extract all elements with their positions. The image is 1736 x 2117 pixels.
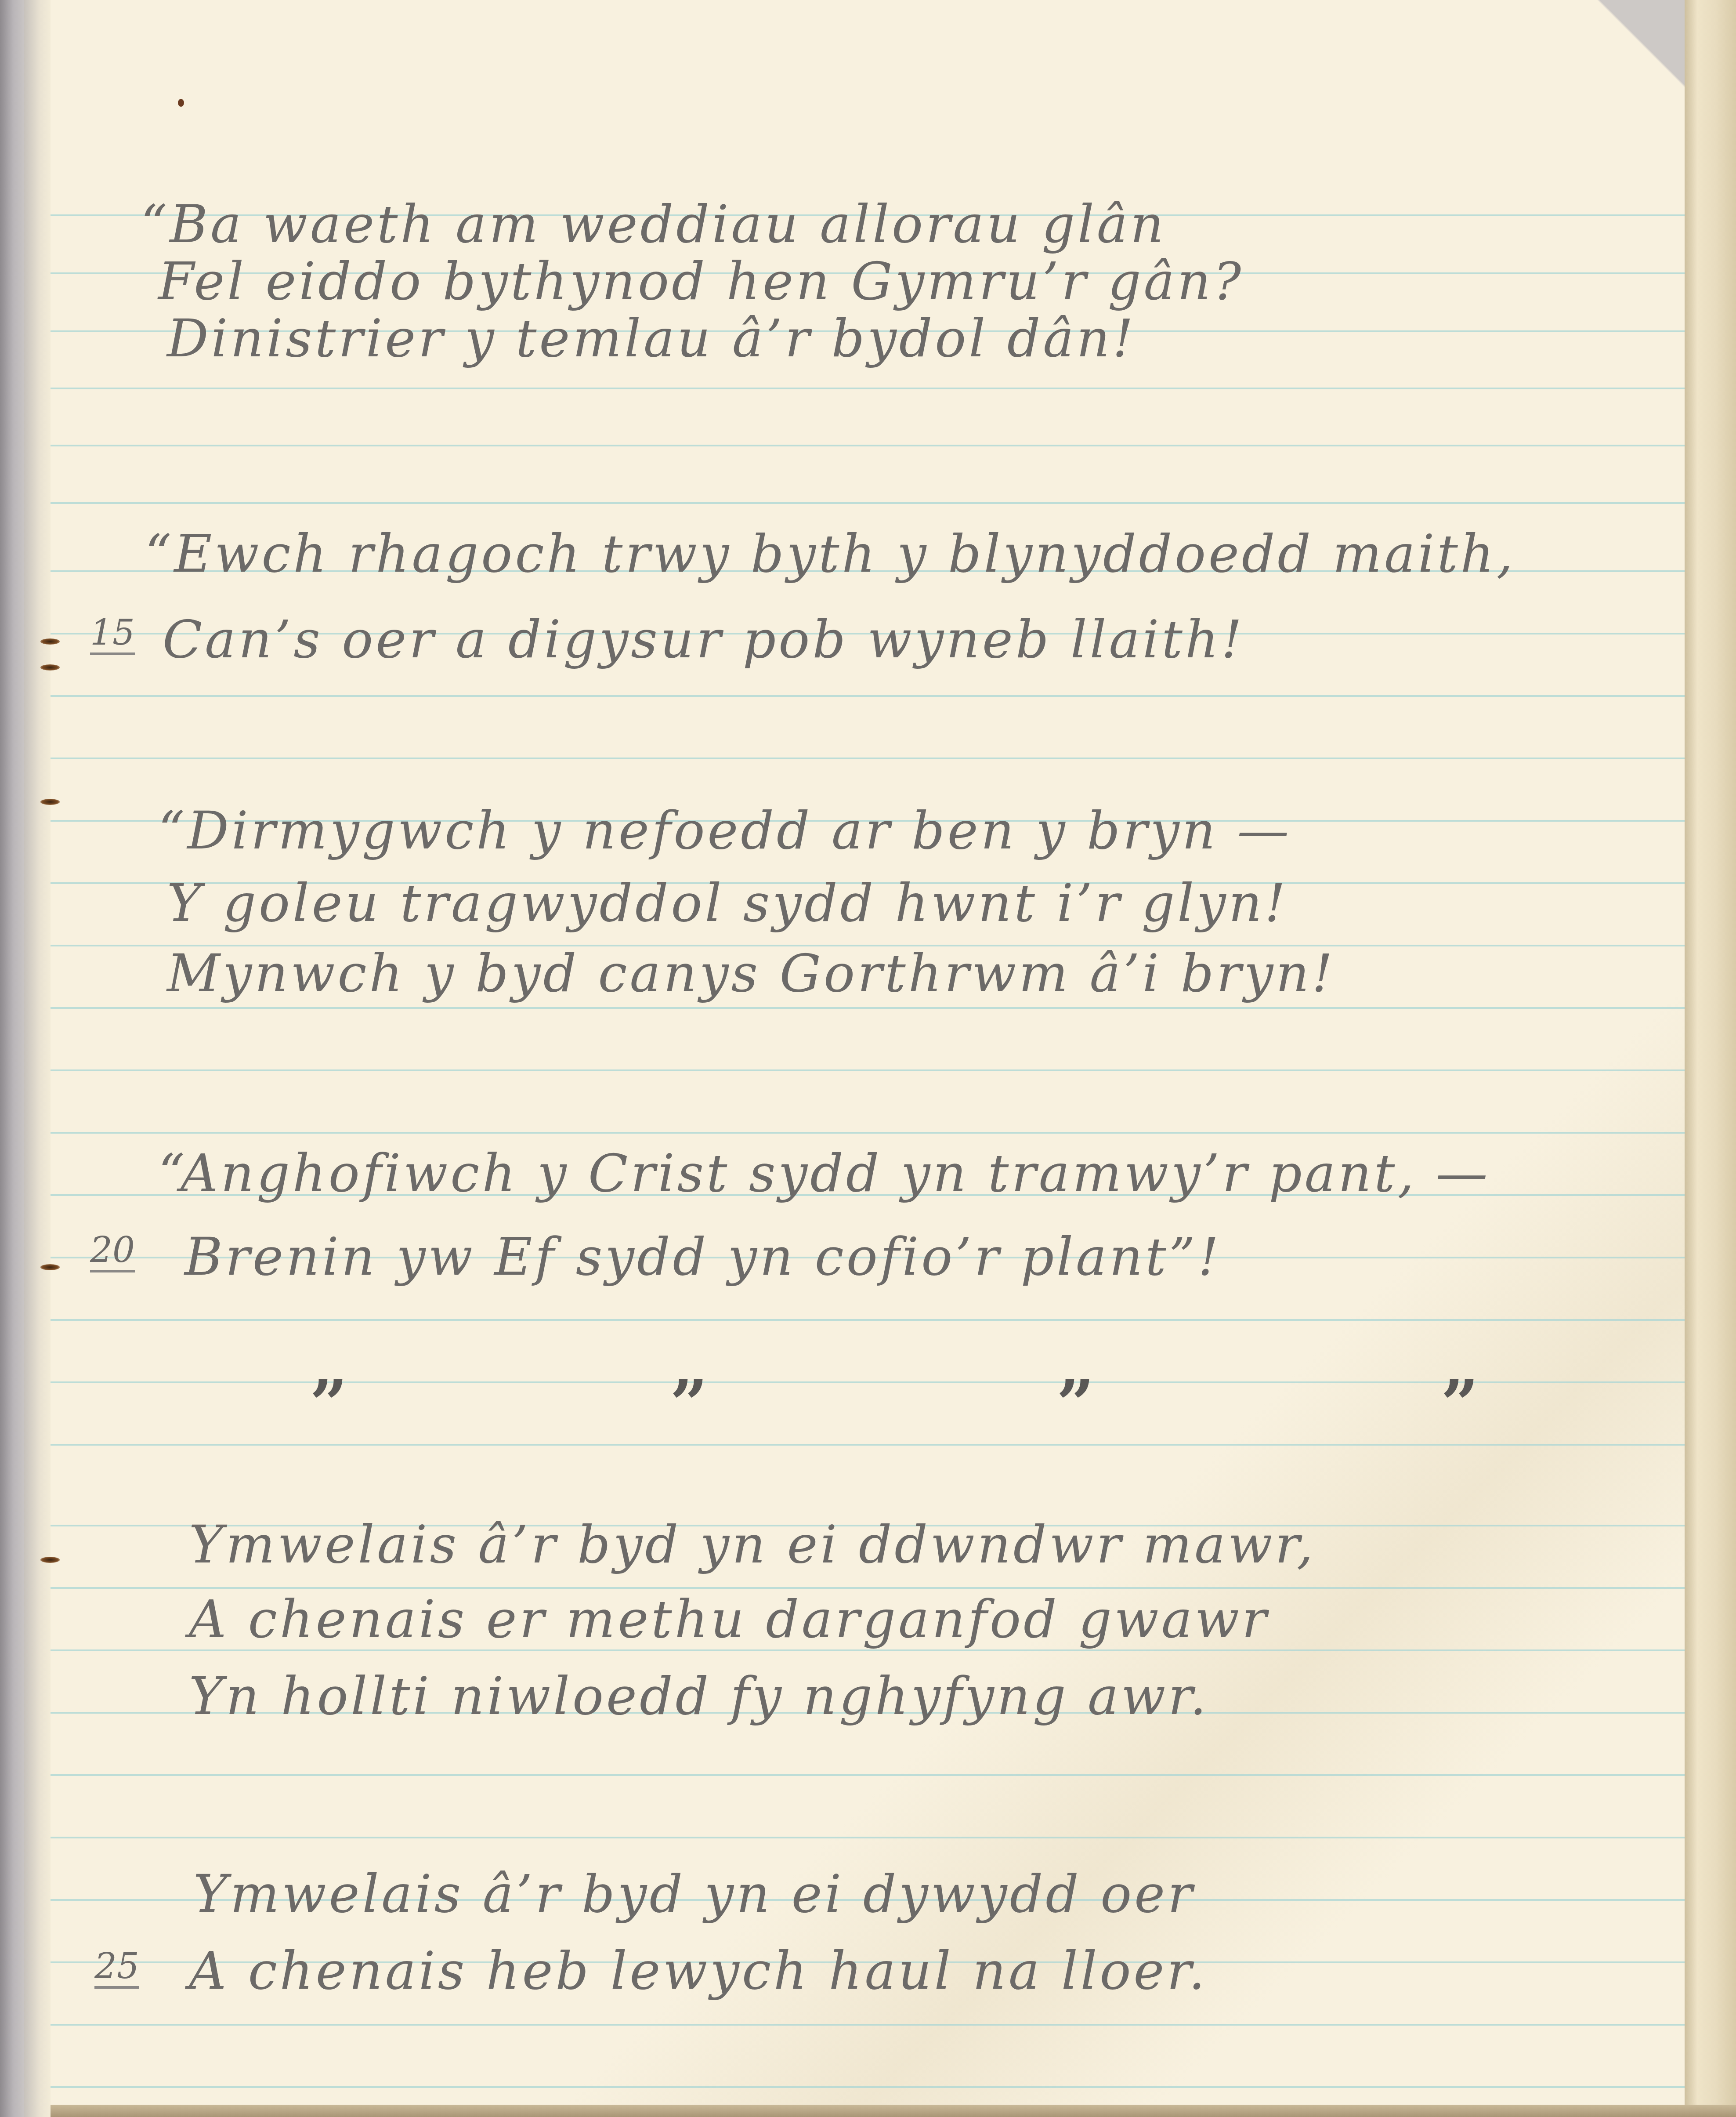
binding-hole: [40, 1264, 60, 1270]
poem-line: Mynwch y byd canys Gorthrwm â’i bryn!: [167, 942, 1335, 1004]
ruled-line: [51, 695, 1685, 697]
poem-line: Yn hollti niwloedd fy nghyfyng awr.: [189, 1665, 1209, 1727]
poem-line: Fel eiddo bythynod hen Gymru’r gân?: [158, 250, 1244, 312]
page-edge-bottom: [51, 2105, 1736, 2117]
ruled-line: [51, 1444, 1685, 1446]
poem-line: Ymwelais â’r byd yn ei ddwndwr mawr,: [189, 1514, 1316, 1575]
ditto-mark: ”: [670, 1371, 708, 1437]
binding-hole: [40, 638, 60, 645]
line-number: 25: [94, 1947, 139, 1989]
ruled-line: [51, 1774, 1685, 1776]
binding-hole: [40, 1557, 60, 1563]
poem-line: A chenais er methu darganfod gwawr: [189, 1588, 1269, 1650]
notebook-spine: [0, 0, 24, 2117]
ruled-line: [51, 758, 1685, 759]
poem-line: Y goleu tragwyddol sydd hwnt i’r glyn!: [167, 872, 1288, 934]
page-edge-right: [1685, 0, 1736, 2117]
binding-hole: [40, 664, 60, 671]
poem-line: “Anghofiwch y Crist sydd yn tramwy’r pan…: [158, 1142, 1490, 1204]
line-number: 20: [90, 1230, 135, 1272]
folded-corner: [1564, 0, 1687, 167]
ruled-line: [51, 1319, 1685, 1321]
ruled-line: [51, 1132, 1685, 1134]
ruled-line: [51, 1069, 1685, 1071]
binding-hole: [40, 799, 60, 805]
ruled-line: [51, 1837, 1685, 1838]
ruled-line: [51, 2086, 1685, 2088]
poem-line: Brenin yw Ef sydd yn cofio’r plant”!: [184, 1226, 1221, 1287]
poem-line: “Ewch rhagoch trwy byth y blynyddoedd ma…: [145, 523, 1515, 584]
ditto-marks-row: ” ” ” ”: [0, 1371, 1736, 1428]
poem-line: Dinistrier y temlau â’r bydol dân!: [167, 308, 1136, 369]
ditto-mark: ”: [310, 1371, 347, 1437]
ditto-mark: ”: [1441, 1371, 1479, 1437]
ruled-line: [51, 502, 1685, 504]
poem-line: Ymwelais â’r byd yn ei dywydd oer: [193, 1863, 1195, 1925]
poem-line: Can’s oer a digysur pob wyneb llaith!: [163, 609, 1244, 670]
ditto-mark: ”: [1056, 1371, 1094, 1437]
ruled-line: [51, 2024, 1685, 2026]
ruled-line: [51, 388, 1685, 389]
binding-edge: [24, 0, 51, 2117]
paper-speck: [178, 99, 184, 107]
ruled-line: [51, 445, 1685, 446]
line-number: 15: [90, 613, 135, 655]
ruled-line: [51, 1007, 1685, 1009]
poem-line: “Ba waeth am weddiau allorau glân: [141, 193, 1166, 255]
poem-line: “Dirmygwch y nefoedd ar ben y bryn —: [158, 800, 1291, 861]
poem-line: A chenais heb lewych haul na lloer.: [189, 1940, 1208, 2001]
